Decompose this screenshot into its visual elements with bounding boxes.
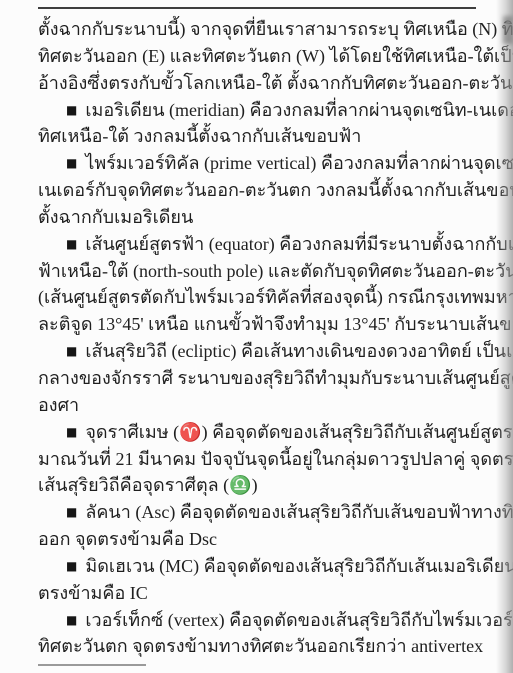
- footnote-separator-rule: [38, 664, 146, 666]
- text-line: ฟ้าเหนือ-ใต้ (north-south pole) และตัดกั…: [38, 258, 480, 285]
- term-text: เมอริเดียน (meridian) คือวงกลมที่ลากผ่าน…: [85, 100, 513, 120]
- bullet-square-icon: ■: [66, 553, 77, 580]
- body-text: ตั้งฉากกับระนาบนี้) จากจุดที่ยืนเราสามาร…: [38, 16, 480, 660]
- text-line: องศา: [38, 392, 480, 419]
- term-text: จุดราศีเมษ (♈) คือจุดตัดของเส้นสุริยวิถี…: [85, 422, 513, 442]
- text-line: ■ลัคนา (Asc) คือจุดตัดของเส้นสุริยวิถีกั…: [38, 499, 480, 526]
- text-line: ละติจูด 13°45' เหนือ แกนขั้วฟ้าจึงทำมุม …: [38, 311, 480, 338]
- term-text: เวอร์เท็กซ์ (vertex) คือจุดตัดของเส้นสุร…: [85, 610, 513, 630]
- bullet-square-icon: ■: [66, 338, 77, 365]
- text-line: ■ไพร์มเวอร์ทิคัล (prime vertical) คือวงก…: [38, 150, 480, 177]
- text-line: ■จุดราศีเมษ (♈) คือจุดตัดของเส้นสุริยวิถ…: [38, 419, 480, 446]
- term-text: มิดเฮเวน (MC) คือจุดตัดของเส้นสุริยวิถีก…: [85, 556, 513, 576]
- text-line: กลางของจักรราศี ระนาบของสุริยวิถีทำมุมกั…: [38, 365, 480, 392]
- text-line: ■มิดเฮเวน (MC) คือจุดตัดของเส้นสุริยวิถี…: [38, 553, 480, 580]
- term-text: ไพร์มเวอร์ทิคัล (prime vertical) คือวงกล…: [85, 153, 513, 173]
- text-line: ทิศตะวันออก (E) และทิศตะวันตก (W) ได้โดย…: [38, 43, 480, 70]
- text-line: อ้างอิงซึ่งตรงกับขั้วโลกเหนือ-ใต้ ตั้งฉา…: [38, 70, 480, 97]
- term-text: ลัคนา (Asc) คือจุดตัดของเส้นสุริยวิถีกับ…: [85, 502, 513, 522]
- text-line: ■เวอร์เท็กซ์ (vertex) คือจุดตัดของเส้นสุ…: [38, 607, 480, 634]
- bullet-square-icon: ■: [66, 97, 77, 124]
- text-line: (เส้นศูนย์สูตรตัดกับไพร์มเวอร์ทิคัลที่สอ…: [38, 284, 480, 311]
- bullet-square-icon: ■: [66, 419, 77, 446]
- bullet-square-icon: ■: [66, 231, 77, 258]
- page-top-rule: [38, 7, 476, 9]
- text-line: เนเดอร์กับจุดทิศตะวันออก-ตะวันตก วงกลมนี…: [38, 177, 480, 204]
- book-page: ตั้งฉากกับระนาบนี้) จากจุดที่ยืนเราสามาร…: [0, 0, 513, 673]
- bullet-square-icon: ■: [66, 499, 77, 526]
- text-line: ทิศตะวันตก จุดตรงข้ามทางทิศตะวันออกเรียก…: [38, 633, 480, 660]
- text-line: ตั้งฉากกับระนาบนี้) จากจุดที่ยืนเราสามาร…: [38, 16, 480, 43]
- text-line: ตั้งฉากกับเมอริเดียน: [38, 204, 480, 231]
- text-line: ตรงข้ามคือ IC: [38, 580, 480, 607]
- text-line: มาณวันที่ 21 มีนาคม ปัจจุบันจุดนี้อยู่ใน…: [38, 446, 480, 473]
- term-text: เส้นศูนย์สูตรฟ้า (equator) คือวงกลมที่มี…: [85, 234, 513, 254]
- term-text: เส้นสุริยวิถี (ecliptic) คือเส้นทางเดินข…: [85, 341, 513, 361]
- text-line: ออก จุดตรงข้ามคือ Dsc: [38, 526, 480, 553]
- bullet-square-icon: ■: [66, 607, 77, 634]
- text-line: เส้นสุริยวิถีคือจุดราศีตุล (♎): [38, 472, 480, 499]
- text-line: ■เมอริเดียน (meridian) คือวงกลมที่ลากผ่า…: [38, 97, 480, 124]
- bullet-square-icon: ■: [66, 150, 77, 177]
- text-line: ■เส้นสุริยวิถี (ecliptic) คือเส้นทางเดิน…: [38, 338, 480, 365]
- text-line: ทิศเหนือ-ใต้ วงกลมนี้ตั้งฉากกับเส้นขอบฟ้…: [38, 123, 480, 150]
- text-line: ■เส้นศูนย์สูตรฟ้า (equator) คือวงกลมที่ม…: [38, 231, 480, 258]
